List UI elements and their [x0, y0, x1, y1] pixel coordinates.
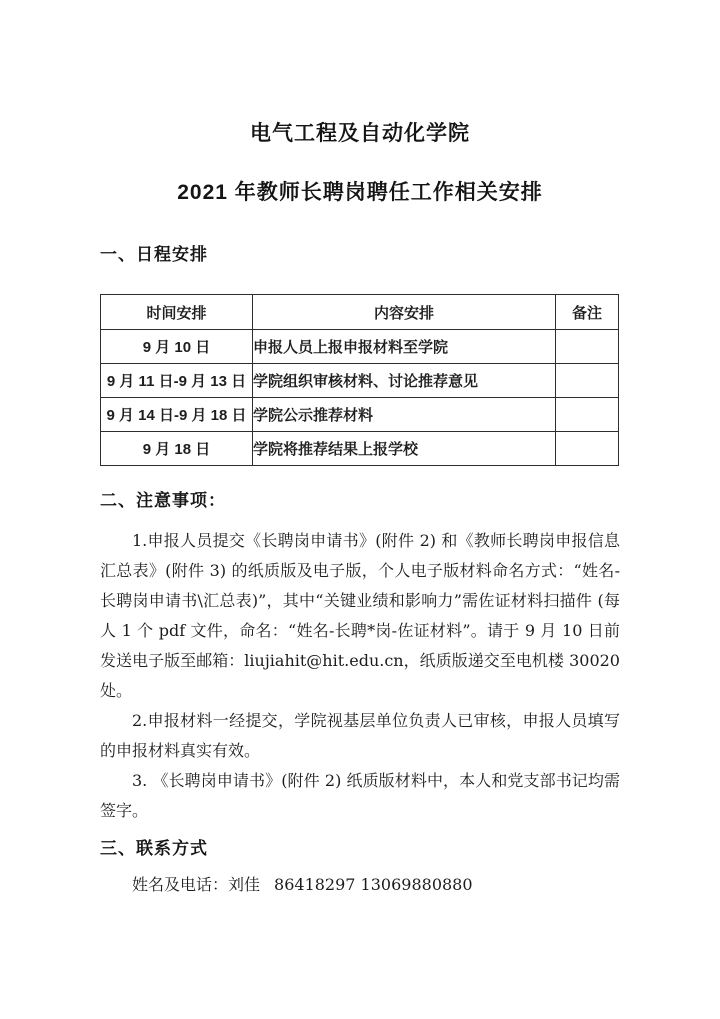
- cell-content: 学院将推荐结果上报学校: [253, 432, 556, 466]
- col-header-time: 时间安排: [101, 295, 253, 330]
- col-header-note: 备注: [556, 295, 619, 330]
- doc-title-line1: 电气工程及自动化学院: [100, 0, 620, 146]
- section-heading-contact: 三、联系方式: [100, 839, 620, 858]
- contact-phones: 86418297 13069880880: [274, 875, 473, 894]
- cell-time: 9 月 11 日-9 月 13 日: [101, 364, 253, 398]
- cell-time: 9 月 14 日-9 月 18 日: [101, 398, 253, 432]
- document-page: 电气工程及自动化学院 2021 年教师长聘岗聘任工作相关安排 一、日程安排 时间…: [0, 0, 720, 1019]
- cell-note: [556, 398, 619, 432]
- cell-note: [556, 432, 619, 466]
- cell-content: 学院公示推荐材料: [253, 398, 556, 432]
- cell-content: 学院组织审核材料、讨论推荐意见: [253, 364, 556, 398]
- contact-line: 姓名及电话：刘佳86418297 13069880880: [100, 872, 620, 898]
- cell-note: [556, 330, 619, 364]
- cell-time: 9 月 18 日: [101, 432, 253, 466]
- col-header-content: 内容安排: [253, 295, 556, 330]
- table-row: 9 月 18 日 学院将推荐结果上报学校: [101, 432, 619, 466]
- table-row: 9 月 14 日-9 月 18 日 学院公示推荐材料: [101, 398, 619, 432]
- doc-title-line2: 2021 年教师长聘岗聘任工作相关安排: [100, 181, 620, 205]
- section-heading-notes: 二、注意事项：: [100, 491, 620, 510]
- cell-note: [556, 364, 619, 398]
- table-row: 9 月 11 日-9 月 13 日 学院组织审核材料、讨论推荐意见: [101, 364, 619, 398]
- cell-time: 9 月 10 日: [101, 330, 253, 364]
- table-row: 9 月 10 日 申报人员上报申报材料至学院: [101, 330, 619, 364]
- note-item-2: 2.申报材料一经提交，学院视基层单位负责人已审核，申报人员填写的申报材料真实有效…: [100, 706, 620, 766]
- note-item-3: 3. 《长聘岗申请书》(附件 2) 纸质版材料中，本人和党支部书记均需签字。: [100, 766, 620, 826]
- cell-content: 申报人员上报申报材料至学院: [253, 330, 556, 364]
- contact-label: 姓名及电话：: [132, 875, 228, 894]
- note-item-1: 1.申报人员提交《长聘岗申请书》(附件 2) 和《教师长聘岗申报信息汇总表》(附…: [100, 526, 620, 706]
- schedule-table: 时间安排 内容安排 备注 9 月 10 日 申报人员上报申报材料至学院 9 月 …: [100, 294, 619, 466]
- table-header-row: 时间安排 内容安排 备注: [101, 295, 619, 330]
- contact-name: 刘佳: [228, 875, 260, 894]
- document-content: 电气工程及自动化学院 2021 年教师长聘岗聘任工作相关安排 一、日程安排 时间…: [100, 0, 620, 898]
- section-heading-schedule: 一、日程安排: [100, 245, 620, 264]
